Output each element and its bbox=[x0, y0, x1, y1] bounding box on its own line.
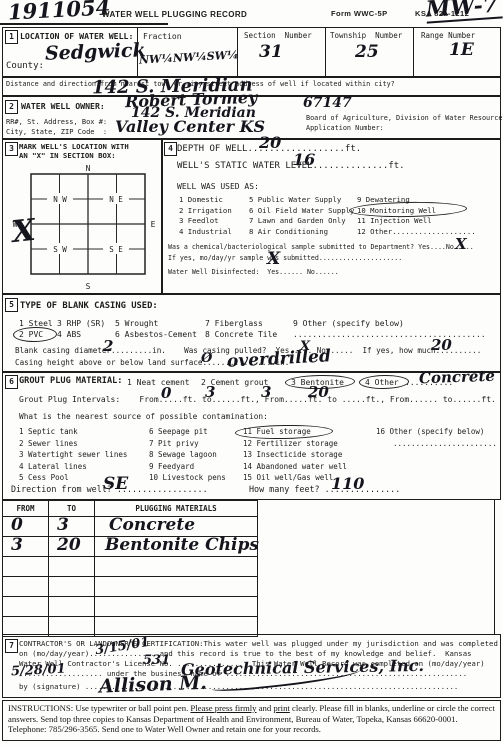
section6-number: 6 bbox=[5, 375, 18, 389]
feet-value-handwritten: 110 bbox=[331, 477, 364, 491]
use-option: 1 Domestic bbox=[179, 196, 223, 204]
section2-owner-box: 2 WATER WELL OWNER: RR#, St. Address, Bo… bbox=[2, 96, 501, 139]
contamination-option: 3 Watertight sewer lines bbox=[19, 451, 127, 460]
well-id-handwritten: MW-7 bbox=[425, 0, 503, 23]
table-row bbox=[3, 577, 258, 597]
table-row bbox=[3, 557, 258, 577]
contamination-option: 9 Feedyard bbox=[149, 463, 194, 472]
casing-option: 4 ABS bbox=[57, 330, 81, 339]
water-well-plugging-record-form: 1911054 WATER WELL PLUGGING RECORD Form … bbox=[0, 0, 503, 745]
form-title: WATER WELL PLUGGING RECORD bbox=[102, 10, 247, 19]
quadrant-ne-label: N E bbox=[109, 195, 123, 204]
fuel-storage-circle-mark bbox=[235, 424, 333, 440]
contamination-option: 12 Fertilizer storage bbox=[243, 440, 338, 449]
depth-value-handwritten: 20 bbox=[259, 136, 281, 150]
from-header: FROM bbox=[3, 501, 49, 517]
section2-number: 2 bbox=[5, 100, 18, 114]
grout-other-value-handwritten: Concrete bbox=[419, 370, 495, 386]
contamination-question: What is the nearest source of possible c… bbox=[19, 413, 268, 422]
section5-casing-box: 5 TYPE OF BLANK CASING USED: 1 Steel 3 R… bbox=[2, 294, 501, 372]
direction-value-handwritten: SE bbox=[103, 477, 128, 492]
from-value-handwritten: 0 bbox=[11, 515, 23, 535]
static-water-level-line: WELL'S STATIC WATER LEVEL..............f… bbox=[177, 161, 405, 171]
township-number-handwritten: 25 bbox=[355, 45, 379, 60]
section7-certification-box: 7 CONTRACTOR'S OR LANDOWNER'S CERTIFICAT… bbox=[2, 634, 501, 698]
how-many-feet-line: How many feet? ............... bbox=[249, 485, 400, 495]
casing-option: 7 Fiberglass bbox=[205, 319, 263, 328]
section-number-label: Section Number bbox=[244, 32, 312, 41]
table-row: 3 20 Bentonite Chips bbox=[3, 537, 258, 557]
use-option: 6 Oil Field Water Supply bbox=[249, 207, 354, 215]
interval1-from-handwritten: 0 bbox=[161, 387, 171, 401]
section4-well-data-box: 4 DEPTH OF WELL..................ft. 20 … bbox=[162, 139, 501, 294]
section5-number: 5 bbox=[5, 298, 18, 312]
county-value-handwritten: Sedgwick bbox=[45, 42, 146, 63]
board-of-agriculture-label: Board of Agriculture, Division of Water … bbox=[306, 115, 503, 123]
contamination-option: 1 Septic tank bbox=[19, 428, 78, 437]
section3-number: 3 bbox=[5, 142, 18, 156]
pvc-circle-mark bbox=[13, 327, 57, 343]
record-number-handwritten: 1911054 bbox=[8, 0, 111, 23]
grout-option: 1 Neat cement bbox=[127, 378, 190, 387]
section3-title-line2: AN "X" IN SECTION BOX: bbox=[19, 152, 116, 160]
contamination-option: 6 Seepage pit bbox=[149, 428, 208, 437]
quadrant-nw-label: N W bbox=[53, 195, 67, 204]
range-number-handwritten: 1E bbox=[449, 43, 474, 58]
material-value-handwritten: Concrete bbox=[109, 515, 195, 535]
contamination-option: 16 Other (specify below) bbox=[376, 428, 484, 437]
table-row: 0 3 Concrete bbox=[3, 517, 258, 537]
disinfected-question: Water Well Disinfected: Yes...... No....… bbox=[168, 269, 339, 277]
record-number-underline bbox=[0, 23, 168, 25]
contamination-option: 8 Sewage lagoon bbox=[149, 451, 217, 460]
sample-no-x-handwritten: X bbox=[455, 238, 467, 252]
casing-option: 9 Other (specify below) bbox=[293, 319, 404, 328]
static-level-value-handwritten: 16 bbox=[293, 153, 315, 167]
disinfected-no-x-handwritten: X bbox=[267, 252, 280, 267]
instructions-text: and bbox=[257, 703, 274, 713]
sample-date-line: If yes, mo/day/yr sample was submitted..… bbox=[168, 255, 402, 263]
use-option: 11 Injection Well bbox=[357, 217, 432, 225]
casing-height-zero-handwritten: Ø bbox=[201, 353, 212, 365]
divider bbox=[325, 28, 326, 76]
casing-option: 6 Asbestos-Cement bbox=[115, 330, 197, 339]
table-row bbox=[3, 597, 258, 617]
use-option: 3 Feedlot bbox=[179, 217, 219, 225]
owner-city-handwritten: Valley Center KS bbox=[115, 120, 265, 134]
use-option: 4 Industrial bbox=[179, 228, 232, 236]
instructions-box: INSTRUCTIONS: Use typewriter or ball poi… bbox=[2, 700, 501, 741]
overdrilled-note-handwritten: overdrilled bbox=[227, 349, 332, 370]
interval1-to-handwritten: 3 bbox=[205, 386, 215, 400]
form-number: Form WWC-5P bbox=[331, 10, 387, 19]
compass-north-label: N bbox=[86, 164, 91, 173]
divider bbox=[413, 28, 414, 76]
contamination-option: 14 Abandoned water well bbox=[243, 463, 347, 472]
section6-grout-box: 6 GROUT PLUG MATERIAL: 1 Neat cement 2 C… bbox=[2, 372, 501, 500]
grout-intervals-line: Grout Plug Intervals: From.....ft. to...… bbox=[19, 395, 496, 404]
signature-handwritten: Allison M. bbox=[99, 669, 361, 695]
contamination-option: 13 Insecticide storage bbox=[243, 451, 342, 460]
signature-text: Allison M. bbox=[99, 672, 208, 698]
application-number-label: Application Number: bbox=[306, 125, 384, 133]
other-casing-dots: ........................................ bbox=[293, 330, 486, 339]
page-right-border bbox=[494, 500, 495, 634]
owner-zip-handwritten: 67147 bbox=[303, 97, 352, 110]
use-option: 7 Lawn and Garden Only bbox=[249, 217, 346, 225]
section5-title: TYPE OF BLANK CASING USED: bbox=[20, 301, 158, 311]
distance-value-handwritten: 142 S. Meridian bbox=[92, 78, 253, 97]
township-number-label: Township Number bbox=[330, 32, 402, 41]
compass-south-label: S bbox=[86, 282, 91, 291]
contamination-option: 4 Lateral lines bbox=[19, 463, 87, 472]
use-option: 5 Public Water Supply bbox=[249, 196, 341, 204]
plugging-materials-table: FROM TO PLUGGING MATERIALS 0 3 Concrete … bbox=[2, 500, 258, 637]
county-label: County: bbox=[6, 61, 44, 71]
casing-option: 5 Wrought bbox=[115, 319, 158, 328]
owner-label: WATER WELL OWNER: bbox=[21, 102, 105, 111]
other-circle-mark bbox=[359, 375, 409, 390]
casing-option: 8 Concrete Tile bbox=[205, 330, 277, 339]
certification-line1: CONTRACTOR'S OR LANDOWNER'S CERTIFICATIO… bbox=[19, 640, 498, 648]
to-value-handwritten: 3 bbox=[57, 515, 69, 535]
quadrant-se-label: S E bbox=[109, 245, 123, 254]
casing-diameter-handwritten: 2 bbox=[103, 340, 113, 354]
compass-east-label: E bbox=[151, 220, 156, 229]
instructions-text: INSTRUCTIONS: Use typewriter or ball poi… bbox=[8, 703, 190, 713]
how-much-pulled-handwritten: 20 bbox=[431, 339, 452, 353]
to-header: TO bbox=[49, 501, 95, 517]
contamination-option: 7 Pit privy bbox=[149, 440, 199, 449]
section4-number: 4 bbox=[164, 142, 177, 156]
contamination-option: 5 Cess Pool bbox=[19, 474, 69, 483]
sample-submitted-question: Was a chemical/bacteriological sample su… bbox=[168, 244, 474, 252]
well-location-x-mark-handwritten: X bbox=[11, 217, 37, 246]
city-state-zip-label: City, State, ZIP Code : bbox=[6, 128, 107, 136]
section-number-handwritten: 31 bbox=[259, 45, 283, 60]
license-number-handwritten: 531 bbox=[143, 655, 170, 667]
to-value-handwritten: 20 bbox=[57, 535, 81, 555]
contamination-option: 15 Oil well/Gas well bbox=[243, 474, 333, 483]
interval2-to-handwritten: 20 bbox=[308, 386, 329, 400]
well-was-used-as-label: WELL WAS USED AS: bbox=[177, 182, 259, 191]
instructions-underlined: print bbox=[273, 703, 289, 713]
address-label: RR#, St. Address, Box #: bbox=[6, 118, 107, 126]
quadrant-sw-label: S W bbox=[53, 245, 67, 254]
contamination-option: 10 Livestock pens bbox=[149, 474, 226, 483]
use-option: 8 Air Conditioning bbox=[249, 228, 328, 236]
fraction-value-handwritten: NW¼NW¼SW¼ bbox=[139, 50, 239, 65]
section6-title: GROUT PLUG MATERIAL: bbox=[19, 377, 122, 387]
casing-option: 3 RHP (SR) bbox=[57, 319, 105, 328]
material-value-handwritten: Bentonite Chips bbox=[105, 535, 259, 555]
fraction-label: Fraction bbox=[143, 32, 182, 41]
section1-location-box: 1 LOCATION OF WATER WELL: County: Sedgwi… bbox=[2, 27, 501, 77]
interval2-from-handwritten: 3 bbox=[261, 386, 271, 400]
section7-number: 7 bbox=[5, 639, 18, 653]
section1-number: 1 bbox=[5, 30, 18, 44]
contamination-other-dots: ....................... bbox=[393, 440, 497, 449]
section3-diagram-box: 3 MARK WELL'S LOCATION WITH AN "X" IN SE… bbox=[2, 139, 162, 294]
instructions-underlined: Please press firmly bbox=[190, 703, 256, 713]
use-option: 2 Irrigation bbox=[179, 207, 232, 215]
contamination-option: 2 Sewer lines bbox=[19, 440, 78, 449]
from-value-handwritten: 3 bbox=[11, 535, 23, 555]
record-completed-date-handwritten: 5/28/01 bbox=[11, 664, 66, 679]
